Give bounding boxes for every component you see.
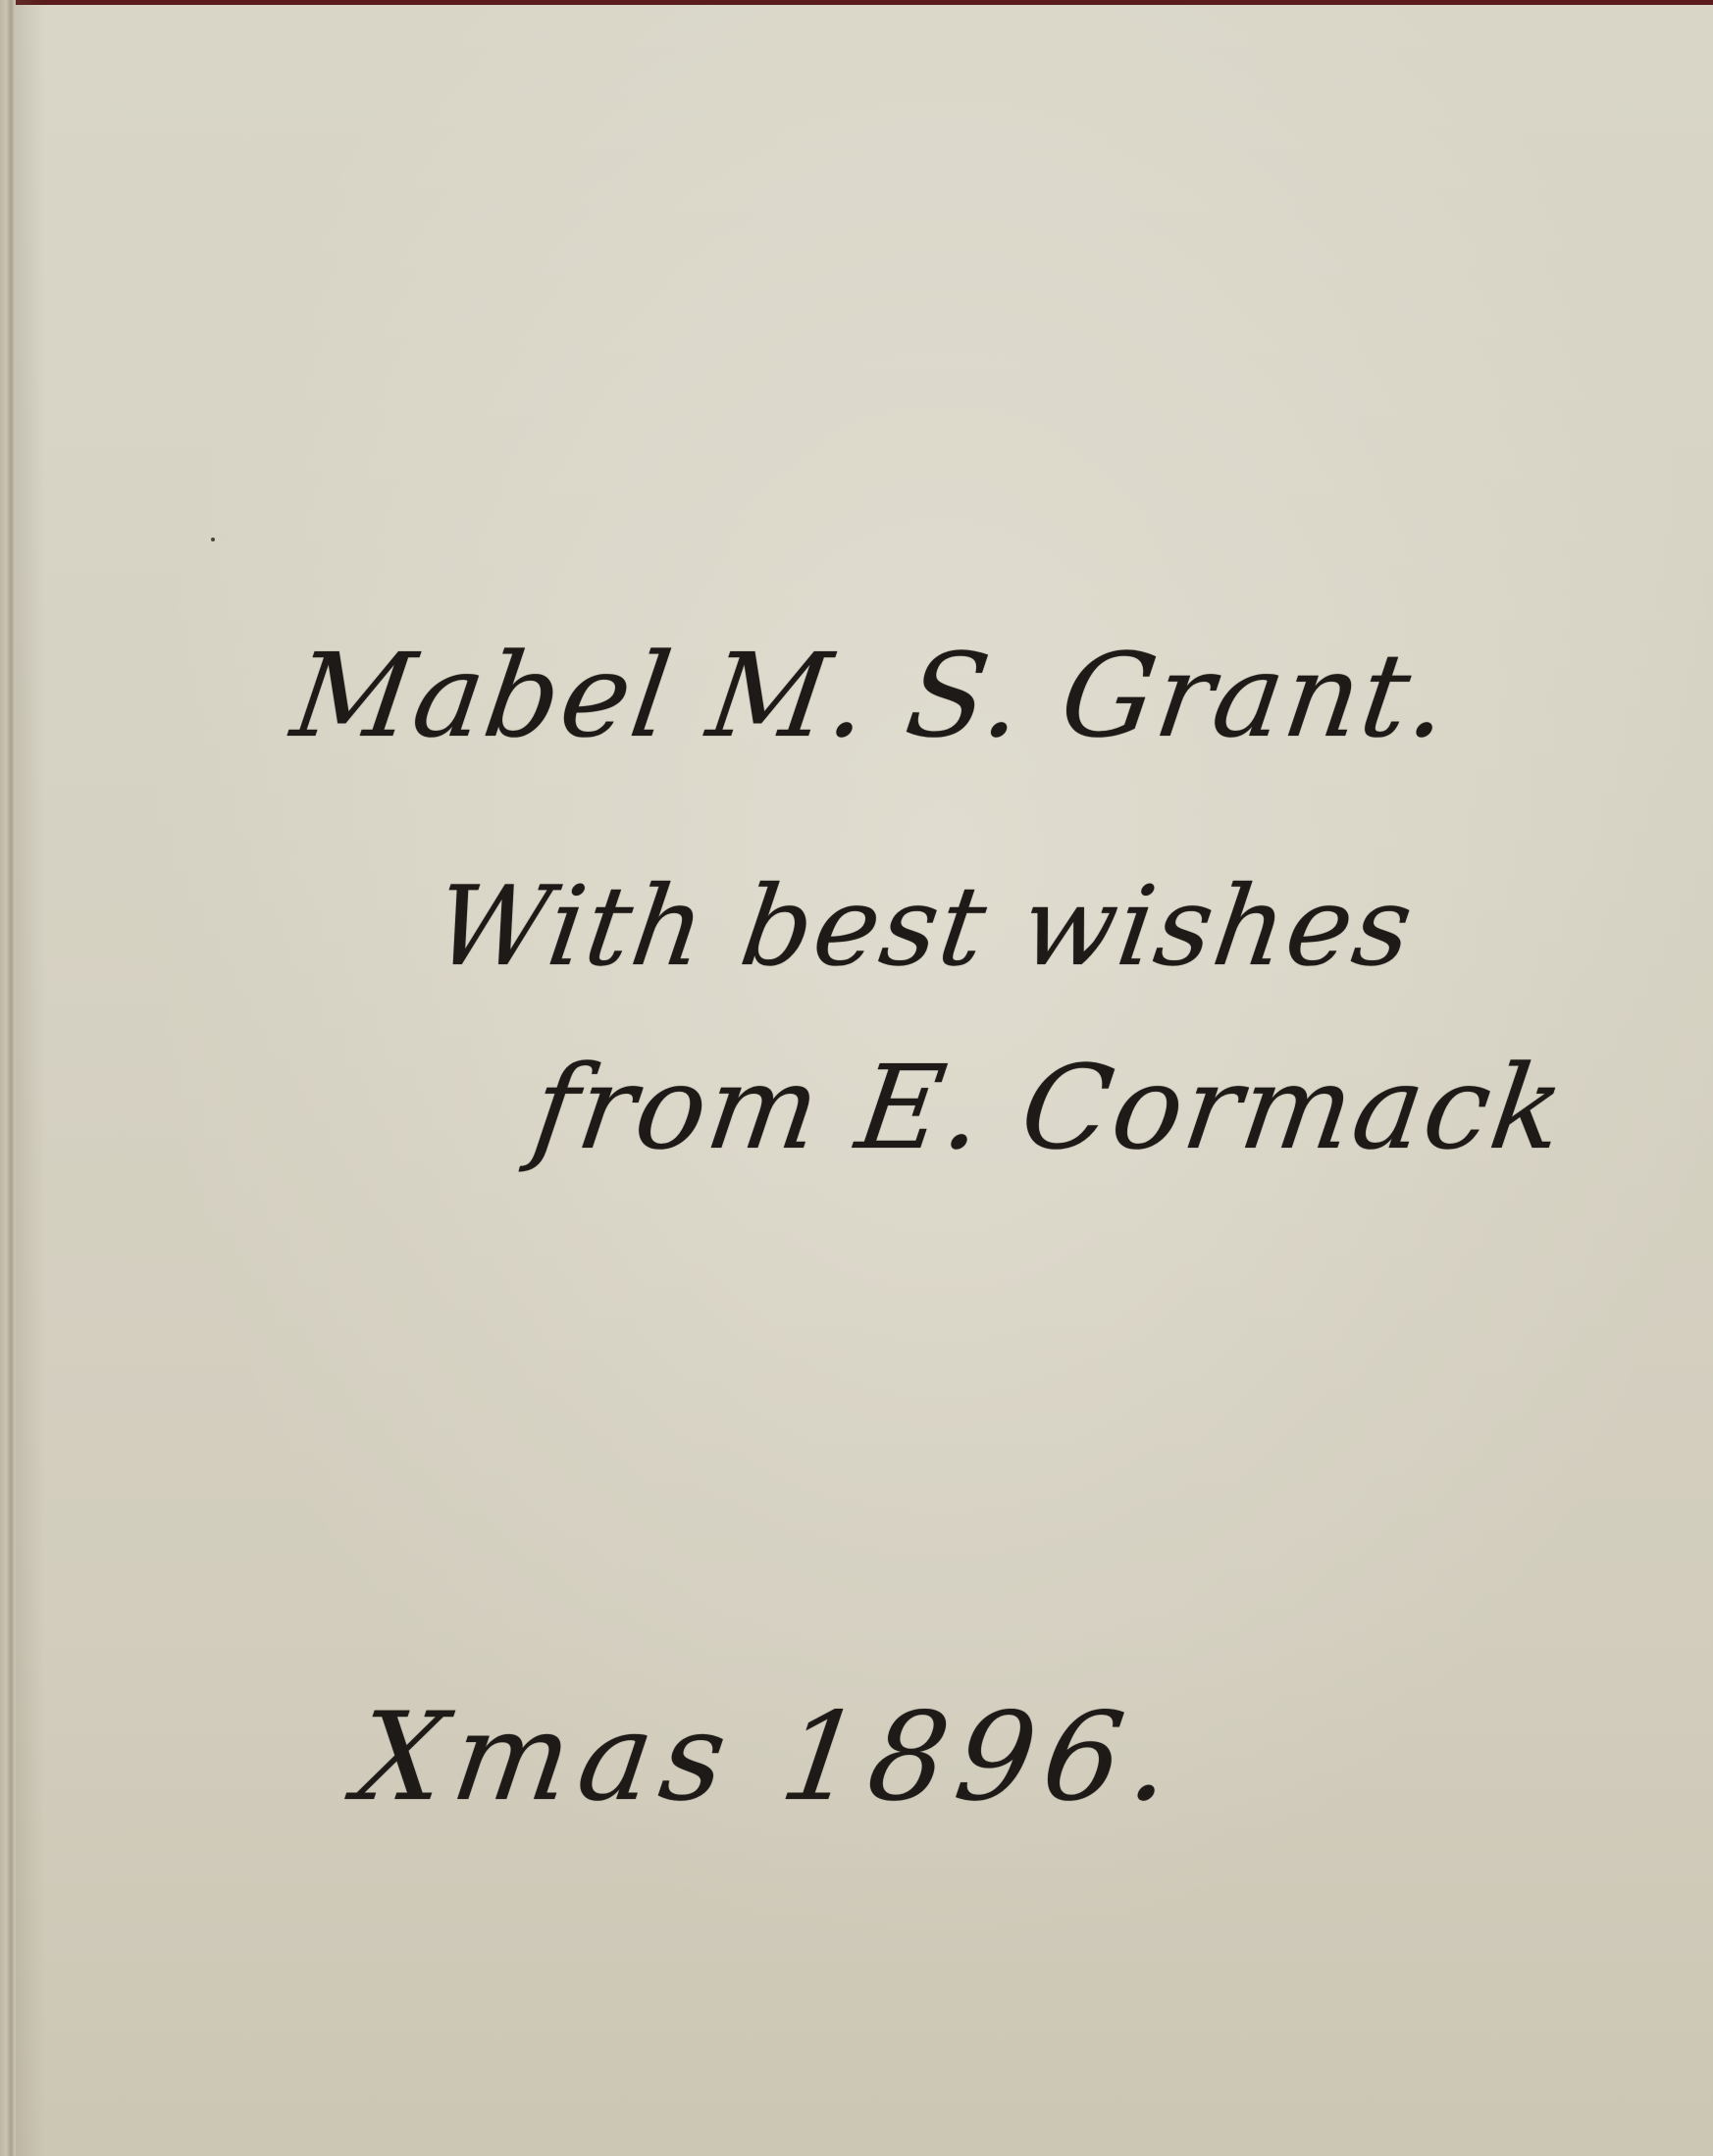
book-cover-edge <box>0 0 1713 5</box>
inscription-greeting: With best wishes <box>428 863 1422 991</box>
inscription-date: Xmas 1896. <box>348 1687 1190 1828</box>
inscription-recipient: Mabel M. S. Grant. <box>285 628 1459 763</box>
inscription-sender: from E. Cormack <box>525 1040 1574 1175</box>
page-binding-edge <box>0 0 16 2156</box>
book-page: Mabel M. S. Grant. With best wishes from… <box>0 0 1713 2156</box>
gutter-shadow <box>16 0 45 2156</box>
ink-speck <box>211 538 215 541</box>
